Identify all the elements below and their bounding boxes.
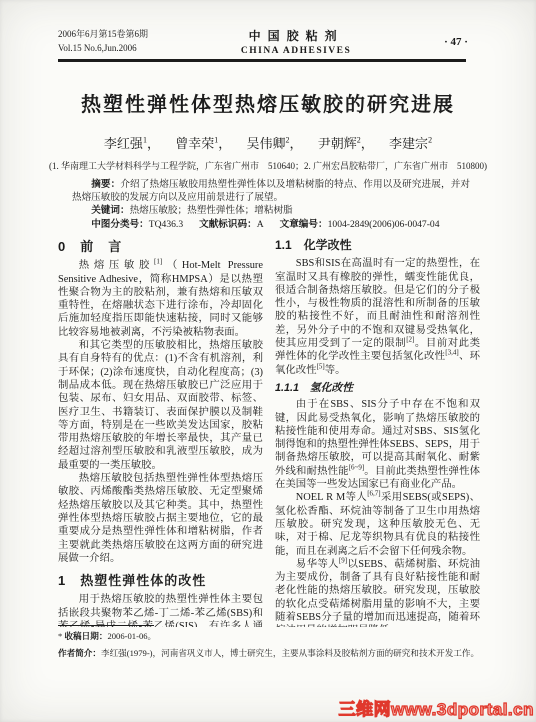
section-heading-1-1: 1.1 化学改性 (275, 239, 480, 252)
header-rule (58, 59, 466, 62)
section-heading-1-1-1: 1.1.1 氢化改性 (275, 382, 480, 395)
author: 李建宗2 (389, 136, 432, 151)
issue-info-en: Vol.15 No.6,Jun.2006 (58, 42, 148, 56)
author-bio-text: 李红强(1979-)，河南省巩义市人，博士研究生，主要从事涂料及胶粘剂方面的研究… (101, 648, 479, 658)
clc-value: TQ436.3 (149, 219, 183, 230)
keywords-label: 关键词： (91, 205, 129, 216)
article-id-label: 文章编号： (280, 219, 328, 230)
section-heading-0: 0 前 言 (58, 240, 263, 253)
author-bio-label: 作者简介： (58, 648, 101, 658)
paragraph: 热熔压敏胶[1]（Hot-Melt Pressure Sensitive Adh… (58, 259, 263, 339)
page-number: · 47 · (444, 36, 468, 48)
journal-name-en: CHINA ADHESIVES (241, 46, 351, 56)
journal-name: 中国胶粘剂 CHINA ADHESIVES (241, 27, 351, 56)
footnote-rule (58, 625, 154, 626)
affiliation: (1. 华南理工大学材料科学与工程学院，广东省广州市 510640；2. 广州宏… (0, 159, 536, 172)
section-heading-1: 1 热塑性弹性体的改性 (58, 574, 263, 587)
doc-code-label: 文献标识码： (199, 219, 257, 230)
received-date-note: * 收稿日期：2006-01-06。 (58, 630, 488, 642)
body-columns: 0 前 言 热熔压敏胶[1]（Hot-Melt Pressure Sensiti… (58, 237, 480, 627)
journal-page: 2006年6月第15卷第6期 Vol.15 No.6,Jun.2006 中国胶粘… (0, 0, 536, 722)
left-column: 0 前 言 热熔压敏胶[1]（Hot-Melt Pressure Sensiti… (58, 237, 263, 627)
article-title: 热塑性弹性体型热熔压敏胶的研究进展 (0, 88, 536, 117)
author-line: 李红强1， 曾幸荣1， 吴伟卿2， 尹朝辉2， 李建宗2 (0, 133, 536, 152)
keywords: 关键词：热熔压敏胶；热塑性弹性体；增粘树脂 (72, 204, 470, 217)
abstract: 摘要：介绍了热熔压敏胶用热塑性弹性体以及增粘树脂的特点、作用以及研究进展，并对热… (72, 178, 470, 204)
author-affil-sup: 2 (428, 136, 432, 145)
clc-label: 中图分类号： (91, 219, 149, 230)
issue-info-cn: 2006年6月第15卷第6期 (58, 28, 148, 42)
author: 吴伟卿2， (246, 136, 302, 151)
doc-code-value: A (257, 219, 264, 230)
paragraph: NOEL R M等人[6,7]采用SEBS(或SEPS)、氢化松香酯、环烷油等制… (275, 491, 480, 557)
article-id-value: 1004-2849(2006)06-0047-04 (328, 219, 440, 230)
classification-line: 中图分类号：TQ436.3文献标识码：A文章编号：1004-2849(2006)… (72, 218, 470, 231)
keywords-text: 热熔压敏胶；热塑性弹性体；增粘树脂 (130, 205, 293, 216)
paragraph: 和其它类型的压敏胶相比，热熔压敏胶具有自身特有的优点：(1)不含有机溶剂，利于环… (58, 339, 263, 472)
received-date-label: 收稿日期： (64, 631, 107, 641)
paragraph: 由于在SBS、SIS分子中存在不饱和双键，因此易受热氧化，影响了热熔压敏胶的粘接… (275, 398, 480, 491)
watermark-3dportal: 三维网www.3dportal.cn (339, 695, 534, 720)
paragraph: 热熔压敏胶包括热塑性弹性体型热熔压敏胶、丙烯酸酯类热熔压敏胶、无定型聚烯烃热熔压… (58, 472, 263, 565)
author-bio-note: 作者简介：李红强(1979-)，河南省巩义市人，博士研究生，主要从事涂料及胶粘剂… (58, 647, 488, 659)
paragraph: 用于热熔压敏胶的热塑性弹性体主要包括嵌段共聚物苯乙烯-丁二烯-苯乙烯(SBS)和… (58, 593, 263, 627)
paragraph: SBS和SIS在高温时有一定的热塑性，在室温时又具有橡胶的弹性，蠕变性能优良，很… (275, 257, 480, 377)
author: 李红强1， (104, 136, 160, 151)
footnote-block: * 收稿日期：2006-01-06。 作者简介：李红强(1979-)，河南省巩义… (58, 625, 488, 659)
paragraph: 易华等人[9]以SEBS、萜烯树脂、环烷油为主要成份，制备了具有良好粘接性能和耐… (275, 558, 480, 627)
journal-header: 2006年6月第15卷第6期 Vol.15 No.6,Jun.2006 中国胶粘… (58, 27, 468, 56)
right-column: 1.1 化学改性 SBS和SIS在高温时有一定的热塑性，在室温时又具有橡胶的弹性… (275, 237, 480, 627)
author: 曾幸荣1， (175, 136, 231, 151)
article-meta: 摘要：介绍了热熔压敏胶用热塑性弹性体以及增粘树脂的特点、作用以及研究进展，并对热… (72, 178, 470, 231)
author: 尹朝辉2， (318, 136, 374, 151)
issue-info: 2006年6月第15卷第6期 Vol.15 No.6,Jun.2006 (58, 28, 148, 55)
received-date-value: 2006-01-06。 (107, 631, 156, 641)
journal-name-cn: 中国胶粘剂 (241, 27, 351, 44)
abstract-label: 摘要： (91, 179, 120, 190)
abstract-text: 介绍了热熔压敏胶用热塑性弹性体以及增粘树脂的特点、作用以及研究进展，并对热熔压敏… (72, 179, 470, 203)
